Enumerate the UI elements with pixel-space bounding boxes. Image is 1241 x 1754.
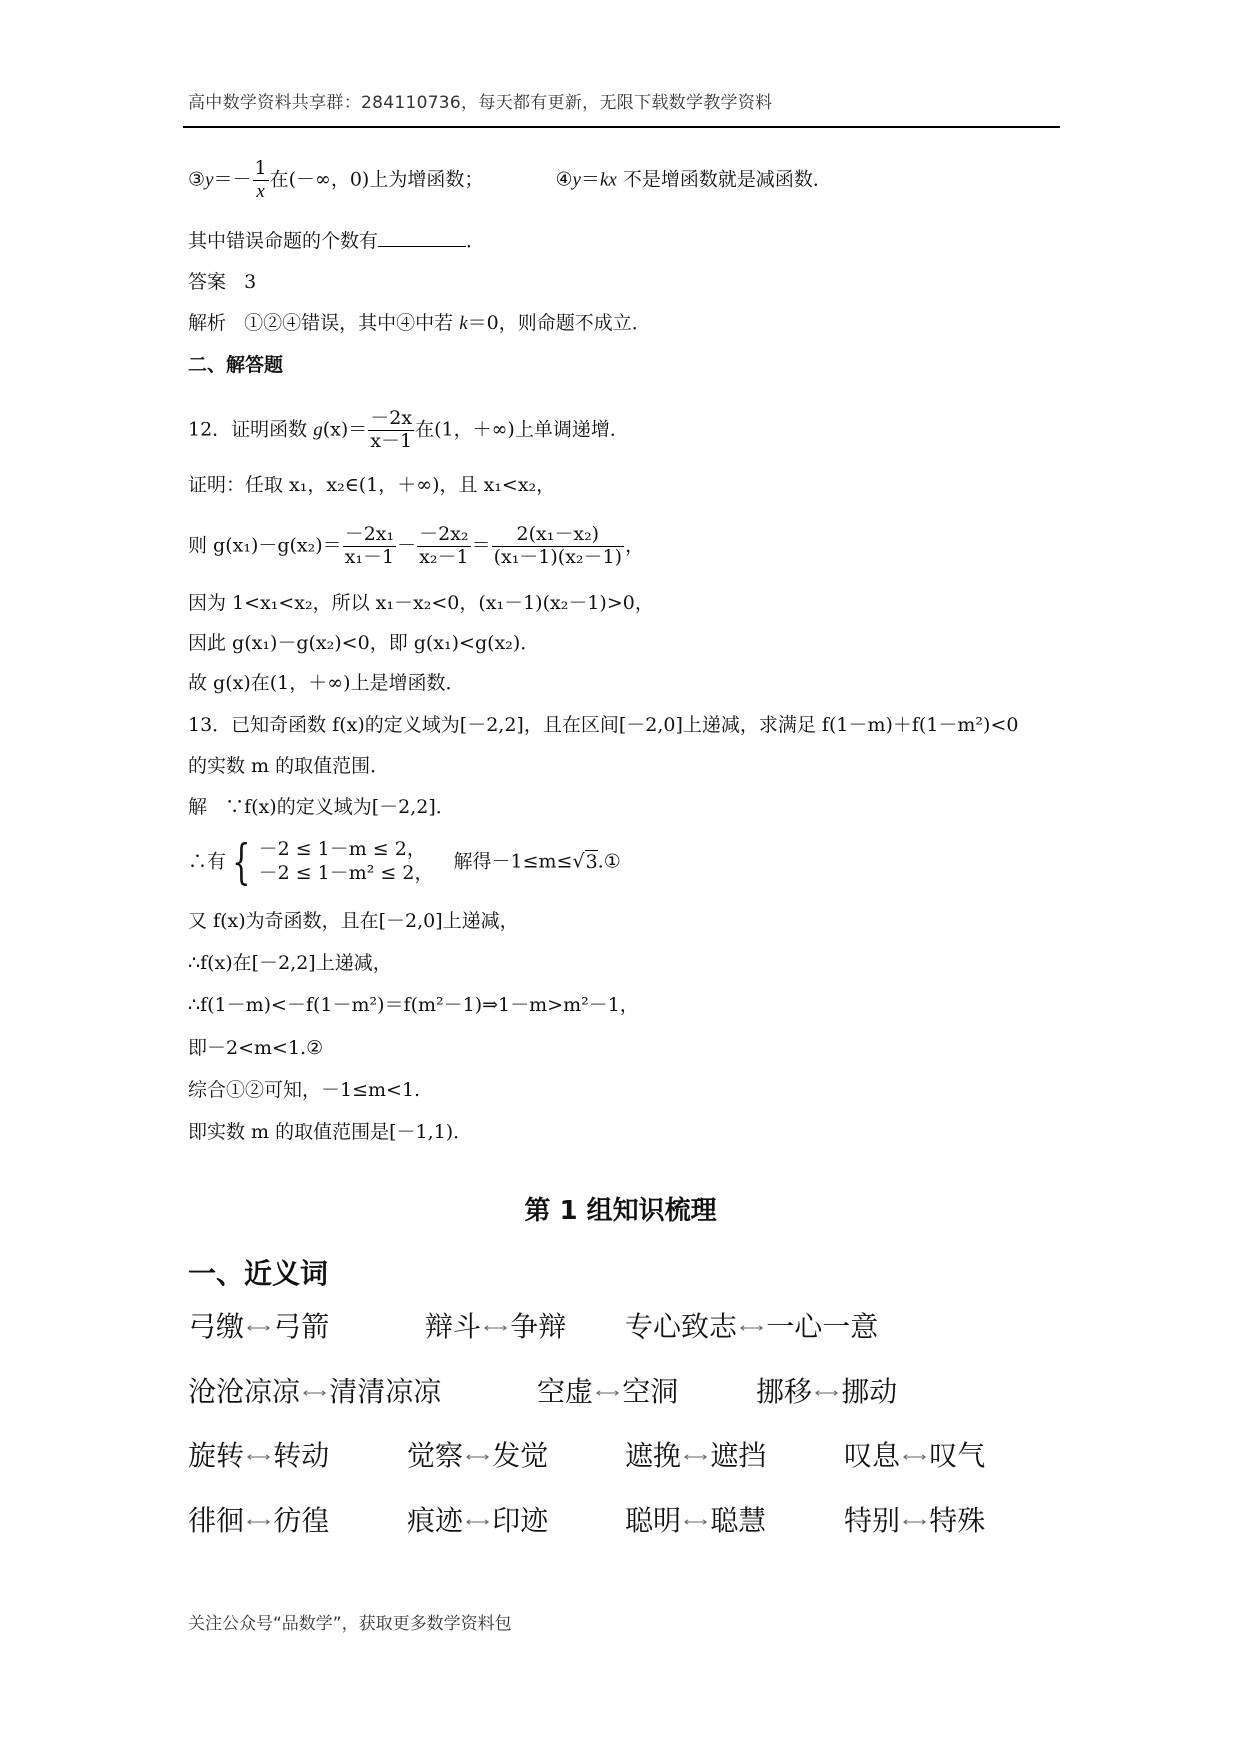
fraction: －2x₁x₁－1 bbox=[343, 524, 396, 569]
solution-line1: 解 ∵f(x)的定义域为[－2,2]． bbox=[188, 798, 455, 817]
proof-line3: 因为 1<x₁<x₂，所以 x₁－x₂<0，(x₁－1)(x₂－1)>0， bbox=[188, 594, 654, 613]
synonyms-heading: 一、近义词 bbox=[188, 1252, 328, 1292]
double-arrow-icon: ⟷ bbox=[466, 1515, 490, 1529]
fraction: 1x bbox=[253, 158, 269, 203]
synonym-pair: 叹息⟷叹气 bbox=[844, 1434, 985, 1474]
problem12-statement: 12．证明函数 g(x)＝－2xx－1在(1，＋∞)上单调递增． bbox=[188, 408, 629, 453]
problem11-question: 其中错误命题的个数有． bbox=[188, 232, 485, 251]
double-arrow-icon: ⟷ bbox=[684, 1515, 708, 1529]
double-arrow-icon: ⟷ bbox=[815, 1386, 839, 1400]
synonym-pair: 辩斗⟷争辩 bbox=[425, 1305, 566, 1345]
answer-value: 3 bbox=[244, 271, 256, 293]
answer-line: 答案 3 bbox=[188, 273, 256, 292]
double-arrow-icon: ⟷ bbox=[684, 1450, 708, 1464]
solution-line6: 即－2<m<1.② bbox=[188, 1039, 323, 1058]
synonym-pair: 徘徊⟷彷徨 bbox=[188, 1499, 329, 1539]
problem13-line1: 13．已知奇函数 f(x)的定义域为[－2,2]，且在区间[－2,0]上递减，求… bbox=[188, 716, 1018, 735]
double-arrow-icon: ⟷ bbox=[247, 1515, 271, 1529]
synonym-pair: 挪移⟷挪动 bbox=[756, 1370, 897, 1410]
proof-line2: 则 g(x₁)－g(x₂)＝－2x₁x₁－1－－2x₂x₂－1＝2(x₁－x₂)… bbox=[188, 524, 644, 569]
fraction: －2xx－1 bbox=[368, 408, 414, 453]
inequality-system: ∴有{－2 ≤ 1－m ≤ 2，－2 ≤ 1－m² ≤ 2， 解得－1≤m≤√3… bbox=[188, 838, 621, 886]
proof-line5: 故 g(x)在(1，＋∞)上是增函数． bbox=[188, 674, 464, 693]
problem11-items: ③y＝－1x在(－∞，0)上为增函数； ④y＝kx 不是增函数就是减函数． bbox=[188, 158, 832, 203]
solution-line8: 即实数 m 的取值范围是[－1,1)． bbox=[188, 1123, 472, 1142]
solution-line7: 综合①②可知，－1≤m<1. bbox=[188, 1081, 420, 1100]
proof-line1: 证明：任取 x₁，x₂∈(1，＋∞)，且 x₁<x₂， bbox=[188, 476, 555, 495]
proof-label: 证明： bbox=[188, 474, 245, 496]
double-arrow-icon: ⟷ bbox=[484, 1321, 508, 1335]
synonym-pair: 弓缴⟷弓箭 bbox=[188, 1305, 329, 1345]
synonym-pair: 空虚⟷空洞 bbox=[537, 1370, 678, 1410]
synonym-pair: 专心致志⟷一心一意 bbox=[625, 1305, 878, 1345]
page-footer: 关注公众号“品数学”，获取更多数学资料包 bbox=[188, 1609, 512, 1634]
double-arrow-icon: ⟷ bbox=[247, 1450, 271, 1464]
synonym-pair: 觉察⟷发觉 bbox=[407, 1434, 548, 1474]
synonym-pair: 特别⟷特殊 bbox=[844, 1499, 985, 1539]
fraction: －2x₂x₂－1 bbox=[417, 524, 470, 569]
synonym-pair: 沧沧凉凉⟷清清凉凉 bbox=[188, 1370, 441, 1410]
double-arrow-icon: ⟷ bbox=[596, 1386, 620, 1400]
problem13-line2: 的实数 m 的取值范围． bbox=[188, 757, 389, 776]
solution-line5: ∴f(1－m)<－f(1－m²)＝f(m²－1)⇒1－m>m²－1， bbox=[188, 996, 639, 1015]
synonym-pair: 聪明⟷聪慧 bbox=[625, 1499, 766, 1539]
analysis-label: 解析 bbox=[188, 312, 226, 334]
double-arrow-icon: ⟷ bbox=[903, 1450, 927, 1464]
double-arrow-icon: ⟷ bbox=[247, 1321, 271, 1335]
double-arrow-icon: ⟷ bbox=[740, 1321, 764, 1335]
solution-line3: 又 f(x)为奇函数，且在[－2,0]上递减， bbox=[188, 912, 519, 931]
answer-blank bbox=[378, 232, 466, 247]
header-divider bbox=[183, 126, 1060, 128]
section-heading-answers: 二、解答题 bbox=[188, 356, 283, 375]
double-arrow-icon: ⟷ bbox=[466, 1450, 490, 1464]
double-arrow-icon: ⟷ bbox=[303, 1386, 327, 1400]
double-arrow-icon: ⟷ bbox=[903, 1515, 927, 1529]
synonym-pair: 痕迹⟷印迹 bbox=[407, 1499, 548, 1539]
solution-label: 解 bbox=[188, 796, 207, 818]
synonym-pair: 旋转⟷转动 bbox=[188, 1434, 329, 1474]
solution-line4: ∴f(x)在[－2,2]上递减， bbox=[188, 954, 392, 973]
fraction: 2(x₁－x₂)(x₁－1)(x₂－1) bbox=[492, 524, 625, 569]
item4-number: ④ bbox=[555, 168, 572, 190]
item3-number: ③ bbox=[188, 168, 205, 190]
analysis-line: 解析 ①②④错误，其中④中若 k＝0，则命题不成立． bbox=[188, 314, 651, 333]
brace-icon: { bbox=[232, 838, 250, 886]
section-title: 第 1 组知识梳理 bbox=[0, 1190, 1241, 1227]
page-header: 高中数学资料共享群：284110736，每天都有更新，无限下载数学教学资料 bbox=[188, 88, 772, 113]
answer-label: 答案 bbox=[188, 271, 226, 293]
proof-line4: 因此 g(x₁)－g(x₂)<0，即 g(x₁)<g(x₂)． bbox=[188, 634, 539, 653]
synonym-pair: 遮挽⟷遮挡 bbox=[625, 1434, 766, 1474]
